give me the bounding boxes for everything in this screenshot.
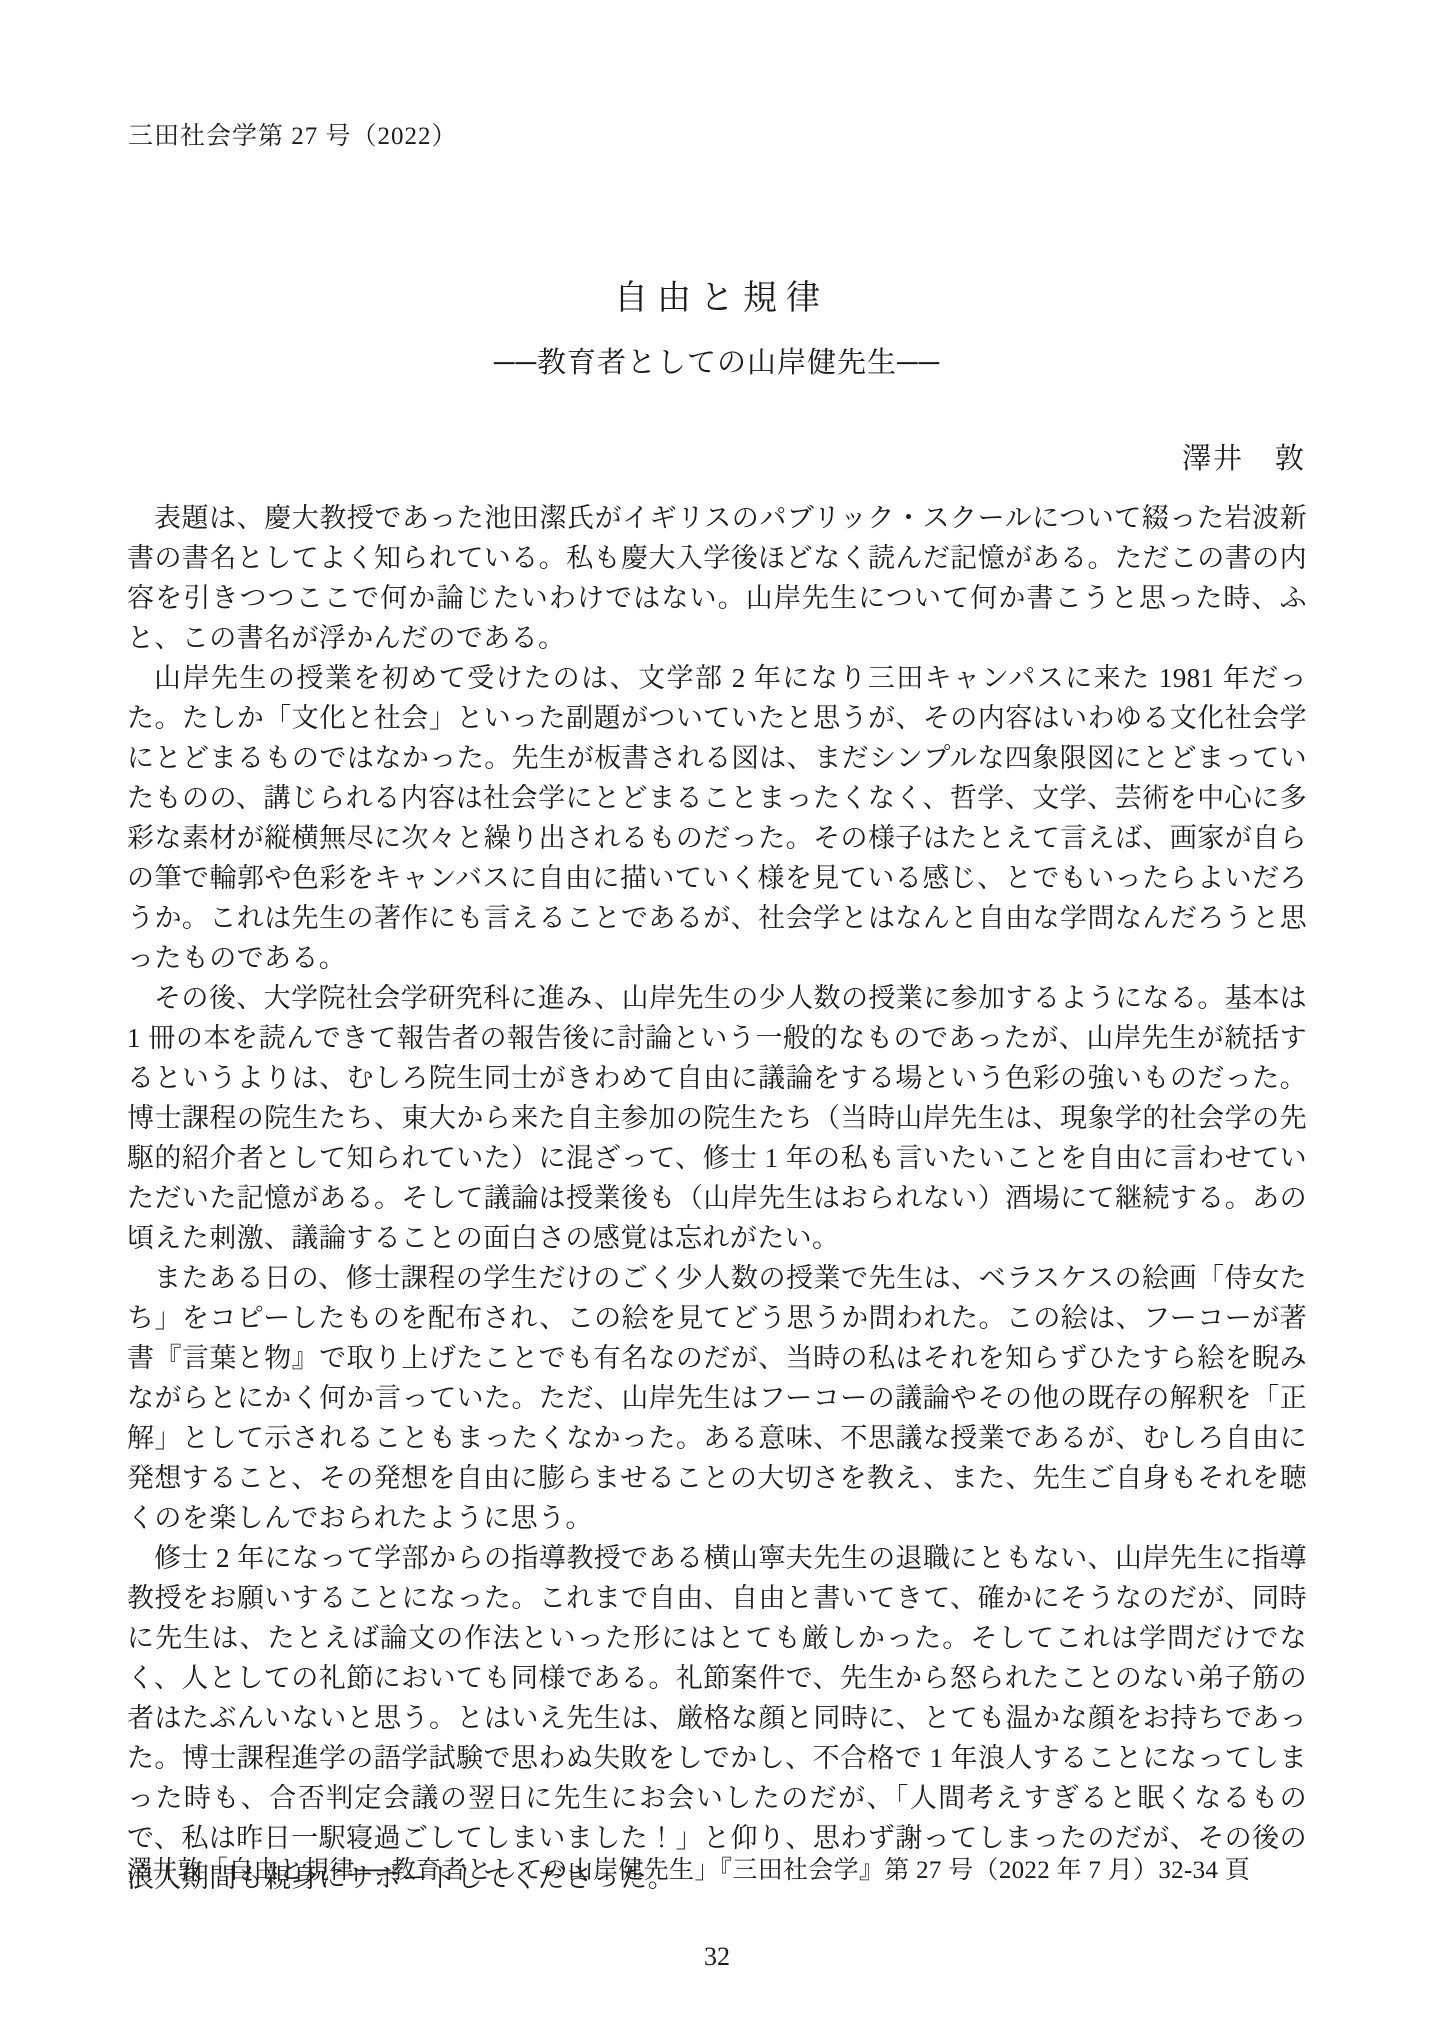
paragraph-5: 修士 2 年になって学部からの指導教授である横山寧夫先生の退職にともない、山岸先…	[127, 1538, 1307, 1898]
article-body: 表題は、慶大教授であった池田潔氏がイギリスのパブリック・スクールについて綴った岩…	[127, 498, 1307, 1898]
article-subtitle: ──教育者としての山岸健先生──	[0, 340, 1434, 381]
paragraph-3: その後、大学院社会学研究科に進み、山岸先生の少人数の授業に参加するようになる。基…	[127, 978, 1307, 1258]
author-name: 澤井 敦	[1182, 436, 1306, 477]
article-title: 自由と規律	[0, 270, 1434, 319]
footer-citation: 澤井敦「自由と規律──教育者としての山岸健先生」『三田社会学』第 27 号（20…	[127, 1850, 1307, 1886]
journal-page: 三田社会学第 27 号（2022） 自由と規律 ──教育者としての山岸健先生──…	[0, 0, 1434, 2024]
page-number: 32	[0, 1942, 1434, 1972]
paragraph-4: またある日の、修士課程の学生だけのごく少人数の授業で先生は、ベラスケスの絵画「侍…	[127, 1258, 1307, 1538]
journal-running-head: 三田社会学第 27 号（2022）	[128, 116, 458, 152]
paragraph-2: 山岸先生の授業を初めて受けたのは、文学部 2 年になり三田キャンパスに来た 19…	[127, 658, 1307, 978]
paragraph-1: 表題は、慶大教授であった池田潔氏がイギリスのパブリック・スクールについて綴った岩…	[127, 498, 1307, 658]
